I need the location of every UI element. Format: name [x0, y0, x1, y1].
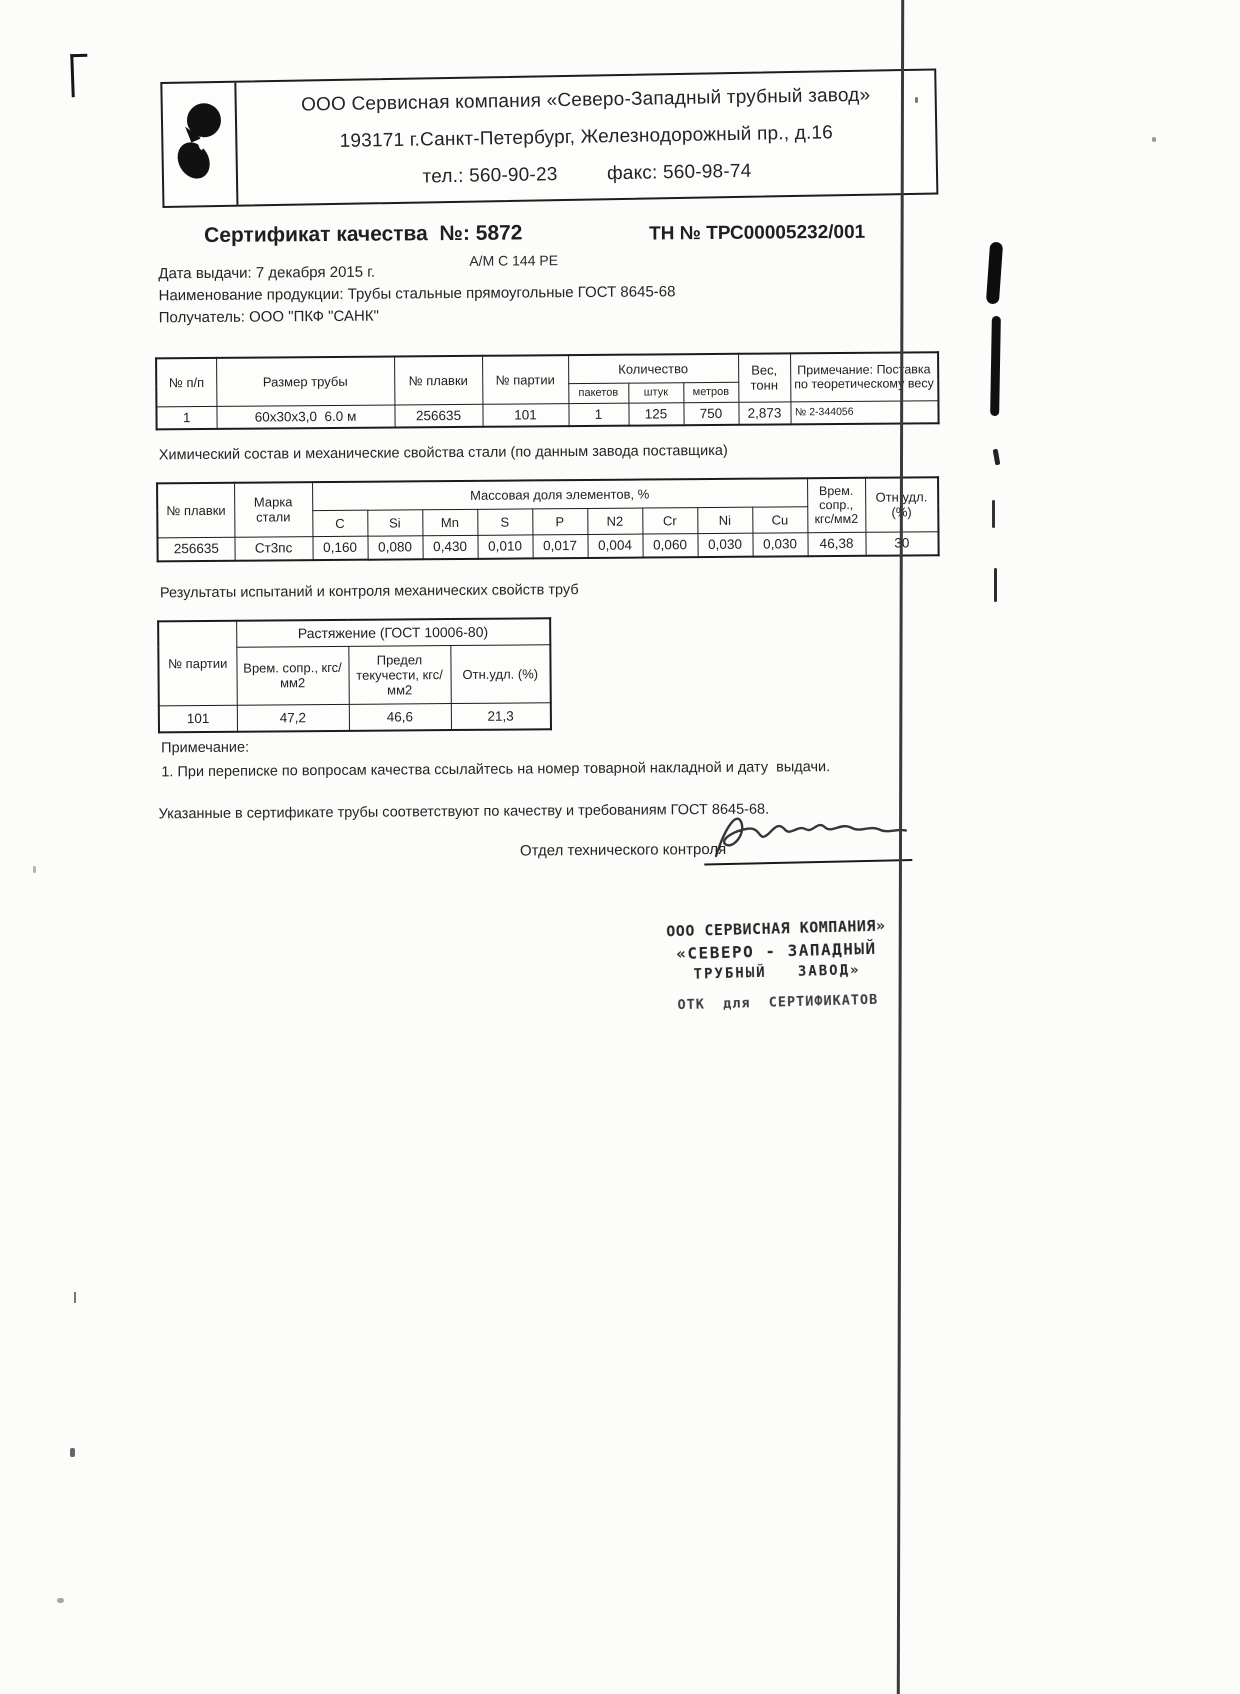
product-name: Наименование продукции: Трубы стальные п… [159, 283, 676, 304]
col-header-element-cr: Cr [642, 507, 697, 533]
col-header-num: № п/п [156, 358, 216, 406]
scan-speck [74, 1292, 76, 1303]
chemistry-row: 256635 Ст3пс 0,160 0,080 0,430 0,010 0,0… [157, 531, 938, 561]
col-header-element-p: P [532, 508, 587, 534]
letterhead: ООО Сервисная компания «Северо-Западный … [160, 68, 938, 208]
issue-date: Дата выдачи: 7 декабря 2015 г. [158, 264, 375, 283]
col-header-pieces: штук [628, 382, 683, 402]
cell-cr: 0,060 [642, 533, 697, 557]
cell-ni: 0,030 [697, 533, 752, 557]
note-line1: 1. При переписке по вопросам качества сс… [161, 759, 830, 780]
compliance-statement: Указанные в сертификате трубы соответств… [159, 802, 770, 823]
col-header-meters: метров [683, 382, 738, 402]
cell-batch: 101 [482, 403, 568, 427]
col-header-strength: Врем. сопр., кгс/мм2 [807, 478, 865, 532]
signature-icon [712, 802, 912, 864]
scan-speck [1152, 137, 1156, 142]
col-header-element-mn: Mn [422, 509, 477, 535]
col-header-elongation3: Отн.удл. (%) [450, 644, 550, 703]
cell-elongation3: 21,3 [451, 702, 551, 730]
company-logo [162, 83, 238, 206]
cell-n2: 0,004 [587, 534, 642, 558]
cell-si: 0,080 [367, 535, 422, 559]
scan-speck [57, 1598, 64, 1603]
col-header-melt2: № плавки [157, 483, 234, 538]
logo-icon [171, 98, 229, 191]
col-header-element-si: Si [367, 509, 422, 535]
certificate-title: Сертификат качества №: 5872 [204, 221, 523, 247]
company-phone: тел.: 560-90-23 [422, 164, 557, 187]
company-fax: факс: 560-98-74 [607, 160, 752, 184]
col-header-grade: Марка стали [234, 482, 312, 537]
tensile-table: № партии Растяжение (ГОСТ 10006-80) Врем… [157, 617, 552, 733]
stamp-line4: ОТК для СЕРТИФИКАТОВ [638, 991, 918, 1015]
scan-speck [915, 97, 918, 103]
company-name: ООО Сервисная компания «Северо-Западный … [301, 85, 871, 117]
cell-cu: 0,030 [752, 532, 807, 556]
cell-weight: 2,873 [738, 401, 790, 424]
col-header-strength3: Врем. сопр., кгс/мм2 [236, 646, 348, 705]
chemical-section-title: Химический состав и механические свойств… [159, 443, 728, 463]
cell-packs: 1 [568, 403, 628, 426]
consignment-table: № п/п Размер трубы № плавки № партии Кол… [155, 351, 940, 430]
cell-batch3: 101 [159, 705, 237, 733]
cell-melt: 256635 [394, 404, 482, 428]
mechanical-section-title: Результаты испытаний и контроля механиче… [160, 582, 579, 601]
scan-mark [994, 568, 997, 602]
stamp-line2: «СЕВЕРО - ЗАПАДНЫЙ [636, 938, 916, 965]
cell-note: № 2-344056 [790, 400, 938, 424]
col-header-batch3: № партии [158, 621, 237, 706]
cell-grade: Ст3пс [234, 536, 312, 561]
scan-speck [70, 1448, 75, 1457]
col-header-batch: № партии [482, 355, 568, 404]
col-header-element-cu: Cu [752, 506, 807, 532]
tn-number: ТН № ТРС00005232/001 [649, 222, 865, 246]
col-header-element-c: C [312, 510, 367, 536]
stamp-line3: ТРУБНЫЙ ЗАВОД» [637, 961, 917, 985]
cell-p: 0,017 [532, 534, 587, 558]
note-title: Примечание: [161, 740, 249, 757]
col-header-tensile-group: Растяжение (ГОСТ 10006-80) [236, 618, 550, 646]
col-header-element-s: S [477, 508, 532, 534]
cell-mn: 0,430 [422, 535, 477, 559]
col-header-yield3: Предел текучести, кгс/мм2 [348, 645, 450, 704]
col-header-weight: Вес, тонн [738, 353, 790, 401]
document-content: ООО Сервисная компания «Северо-Западный … [0, 0, 1240, 1694]
col-header-mass-fraction: Массовая доля элементов, % [312, 478, 807, 510]
cell-pieces: 125 [628, 402, 683, 425]
qc-department-label: Отдел технического контроля [520, 841, 726, 860]
consignment-row: 1 60х30х3,0 6.0 м 256635 101 1 125 750 2… [156, 400, 938, 429]
scan-ink-blob [990, 316, 1001, 416]
stamp-line1: ООО СЕРВИСНАЯ КОМПАНИЯ» [636, 916, 916, 942]
col-header-melt: № плавки [394, 356, 482, 405]
company-address: 193171 г.Санкт-Петербург, Железнодорожны… [339, 122, 833, 153]
cell-yield3: 46,6 [349, 703, 451, 731]
tensile-row: 101 47,2 46,6 21,3 [159, 702, 551, 732]
cell-size: 60х30х3,0 6.0 м [216, 404, 394, 428]
col-header-size: Размер трубы [216, 356, 394, 405]
certificate-code: А/М С 144 РЕ [469, 252, 558, 269]
cell-melt2: 256635 [157, 537, 234, 562]
col-header-packs: пакетов [568, 383, 628, 403]
scan-speck [33, 866, 36, 873]
cell-strength: 46,38 [807, 532, 865, 556]
cell-s: 0,010 [477, 534, 532, 558]
company-stamp: ООО СЕРВИСНАЯ КОМПАНИЯ» «СЕВЕРО - ЗАПАДН… [636, 916, 918, 1015]
scan-mark [992, 500, 995, 528]
scanned-certificate-page: ООО Сервисная компания «Северо-Западный … [0, 0, 1240, 1694]
cell-num: 1 [156, 406, 216, 429]
scan-corner-mark [70, 54, 88, 98]
chemistry-table: № плавки Марка стали Массовая доля элеме… [156, 476, 940, 562]
col-header-element-n2: N2 [587, 508, 642, 534]
col-header-note: Примечание: Поставка по теоретическому в… [790, 352, 938, 401]
company-contacts: тел.: 560-90-23 факс: 560-98-74 [400, 160, 773, 189]
col-header-element-ni: Ni [697, 507, 752, 533]
cell-strength3: 47,2 [237, 704, 349, 732]
cell-meters: 750 [683, 402, 738, 425]
recipient: Получатель: ООО "ПКФ "САНК" [159, 308, 379, 327]
col-header-quantity: Количество [568, 354, 738, 383]
cell-c: 0,160 [312, 536, 367, 560]
letterhead-text: ООО Сервисная компания «Северо-Западный … [236, 71, 936, 205]
